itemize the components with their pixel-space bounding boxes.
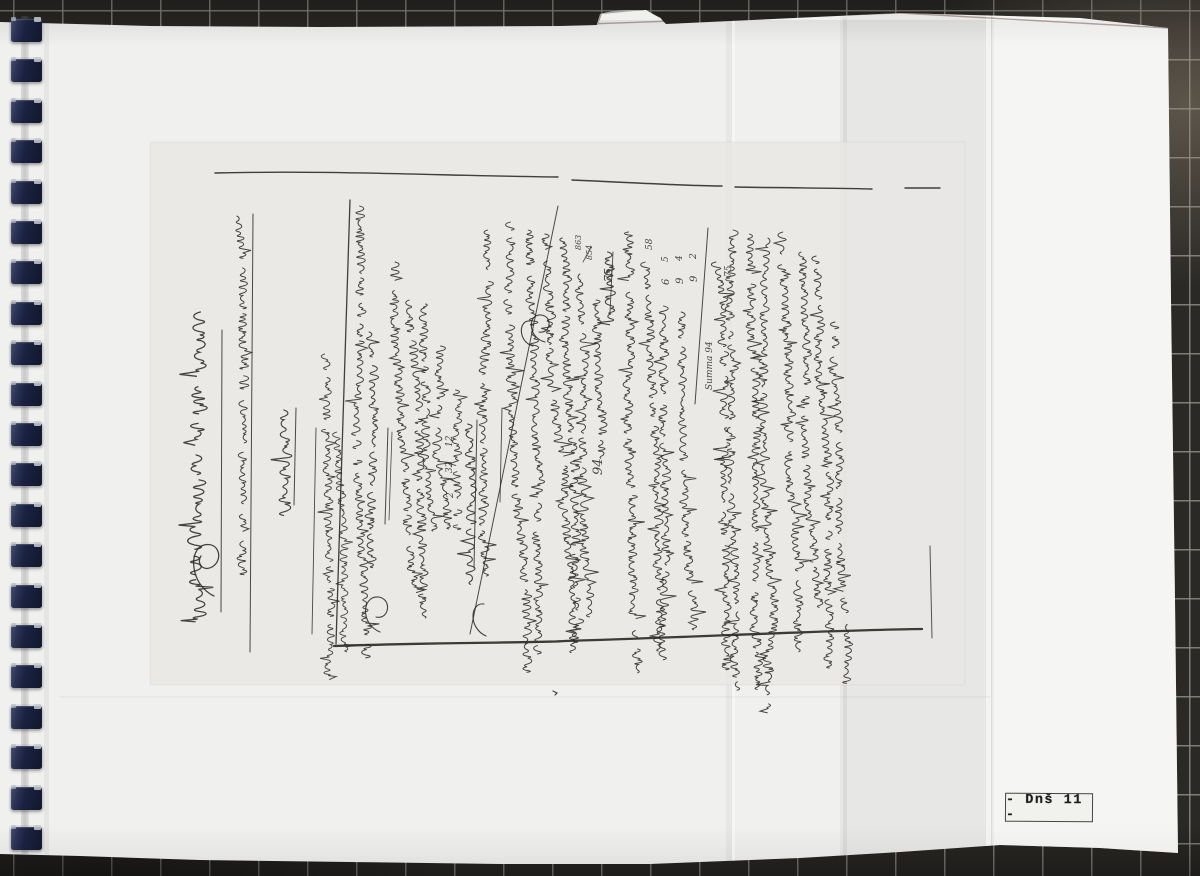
photograph-of-bound-page: 86385475945856492975Summa 9412322 - Dnš … (0, 0, 1200, 876)
binding-tooth (11, 706, 42, 729)
manuscript-numeral: 75 (724, 265, 734, 277)
binding-tooth (11, 585, 42, 608)
manuscript-numeral: 75 (602, 268, 615, 282)
manuscript-numeral: 6 (661, 278, 672, 285)
manuscript-numeral: 32 (445, 461, 455, 473)
binding-tooth (11, 746, 42, 769)
manuscript-numeral: 94 (591, 458, 606, 475)
binding-tooth (11, 787, 42, 810)
manuscript-numeral: 5 (661, 256, 671, 262)
manuscript-numeral: 58 (645, 238, 655, 250)
binding-tooth (11, 625, 42, 648)
binding-tooth (11, 181, 42, 204)
manuscript-numeral: 863 (574, 235, 583, 250)
binding-tooth (11, 100, 42, 123)
binding-tooth (11, 261, 42, 284)
manuscript-numeral: 4 (675, 255, 685, 262)
binding-tooth (11, 383, 42, 406)
binding-tooth (11, 544, 42, 567)
manuscript-numeral: 9 (675, 277, 686, 284)
photocopy-area (150, 142, 965, 685)
binding-tooth (11, 504, 42, 527)
binding-tooth (11, 59, 42, 82)
binding-tooth (11, 463, 42, 486)
manuscript-numeral: 9 (689, 275, 700, 282)
binding-tooth (11, 140, 42, 163)
manuscript-numeral: 12 (445, 435, 455, 447)
manuscript-numeral: 2 (689, 253, 699, 260)
manuscript-numeral: 2 (446, 492, 456, 499)
binding-tooth (11, 342, 42, 365)
binding-tooth (11, 827, 42, 850)
page-number-label: - Dnš 11 - (1006, 792, 1092, 823)
bound-page: 86385475945856492975Summa 9412322 (0, 0, 1200, 876)
binding-tooth (11, 665, 42, 688)
page-number-stamp: - Dnš 11 - (1005, 793, 1093, 823)
binding-tooth (11, 302, 42, 325)
binding-tooth (11, 423, 42, 446)
binding-tooth (11, 19, 42, 42)
manuscript-numeral: 854 (585, 245, 594, 260)
binding-tooth (11, 221, 42, 244)
manuscript-numeral: Summa 94 (705, 341, 715, 390)
